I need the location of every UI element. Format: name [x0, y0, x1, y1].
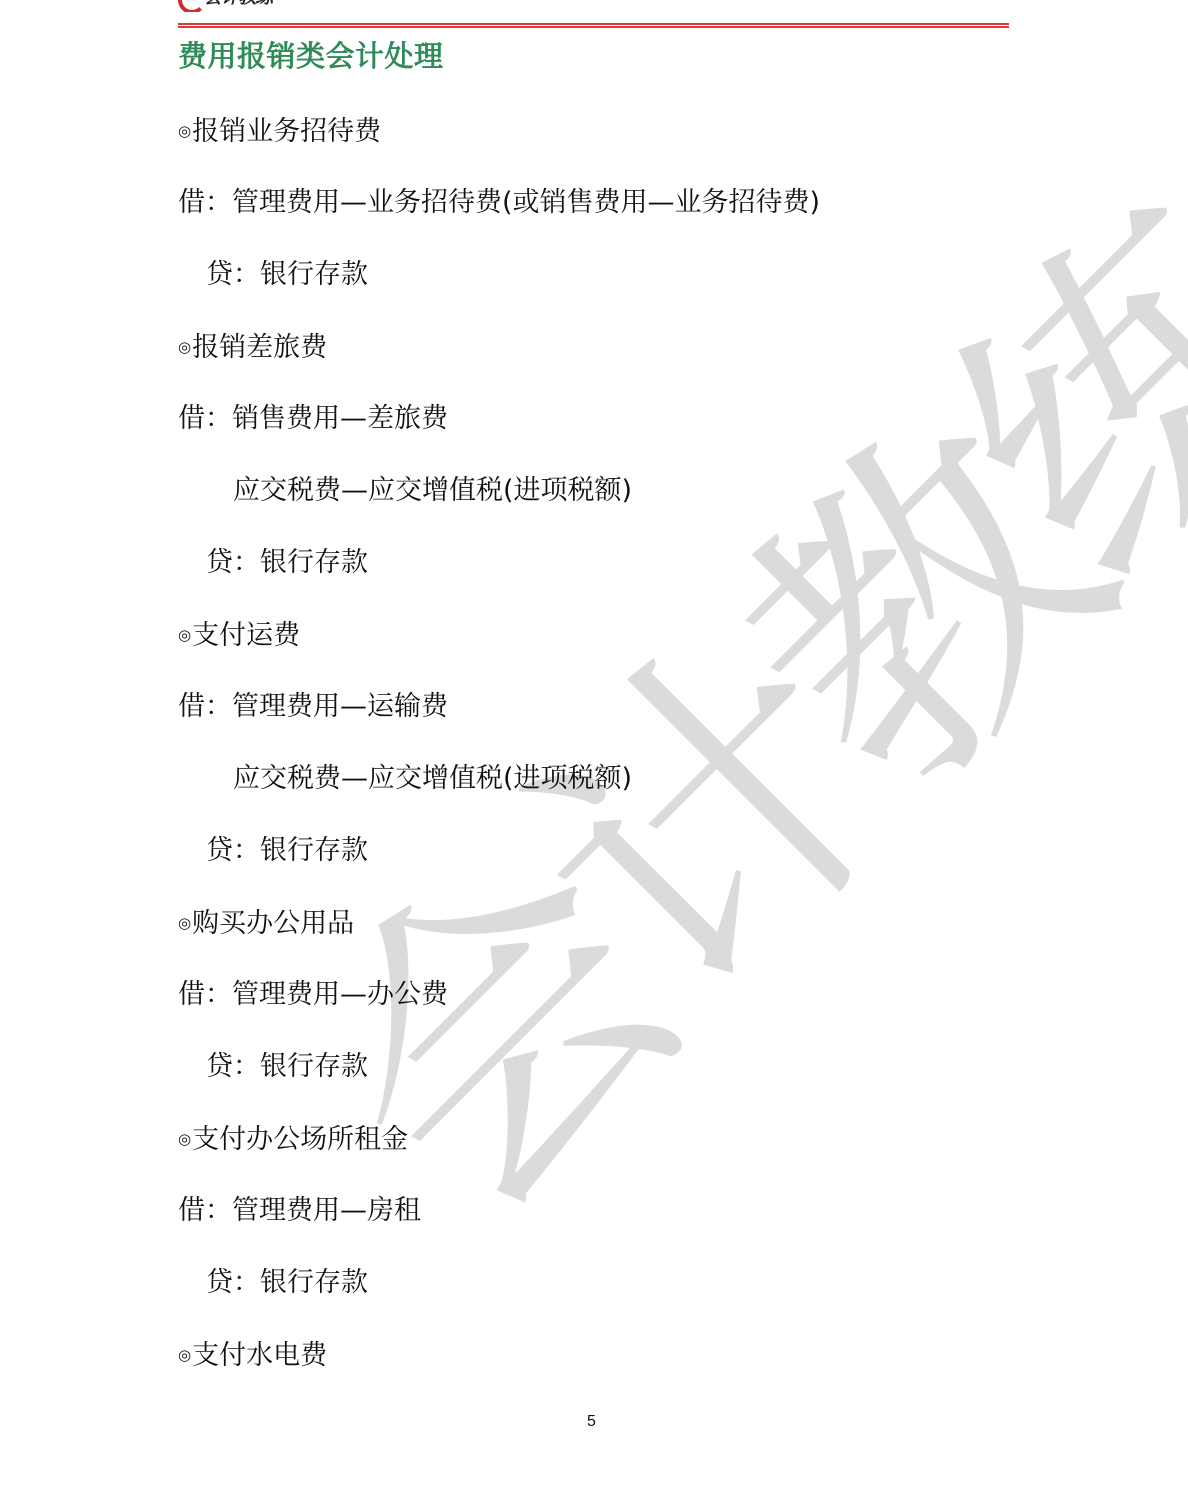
logo-arc-icon	[178, 0, 206, 12]
section-heading: ◎支付运费	[178, 617, 300, 654]
journal-entry-debit: 借：管理费用—运输费	[178, 689, 448, 725]
section-heading: ◎报销业务招待费	[178, 113, 381, 150]
section-heading: ◎购买办公用品	[178, 905, 354, 942]
journal-entry-credit: 贷：银行存款	[206, 1049, 368, 1085]
brand-logo: 会计教练	[178, 0, 298, 12]
journal-entry-debit: 借：管理费用—房租	[178, 1193, 421, 1229]
journal-entry-credit: 贷：银行存款	[206, 257, 368, 293]
journal-entry-debit-continued: 应交税费—应交增值税(进项税额)	[233, 761, 632, 797]
page-title: 费用报销类会计处理	[178, 37, 444, 75]
journal-entry-debit: 借：管理费用—办公费	[178, 977, 448, 1013]
journal-entry-credit: 贷：银行存款	[206, 1265, 368, 1301]
bullet-icon: ◎	[178, 1130, 191, 1148]
page-number: 5	[587, 1413, 596, 1431]
bullet-icon: ◎	[178, 626, 191, 644]
bullet-icon: ◎	[178, 914, 191, 932]
journal-entry-debit: 借：管理费用—业务招待费(或销售费用—业务招待费)	[178, 185, 820, 221]
section-heading: ◎报销差旅费	[178, 329, 327, 366]
bullet-icon: ◎	[178, 122, 191, 140]
journal-entry-credit: 贷：银行存款	[206, 545, 368, 581]
section-heading: ◎支付水电费	[178, 1337, 327, 1374]
logo-text: 会计教练	[204, 0, 272, 8]
header-double-rule	[178, 23, 1009, 28]
bullet-icon: ◎	[178, 1346, 191, 1364]
journal-entry-credit: 贷：银行存款	[206, 833, 368, 869]
journal-entry-debit: 借：销售费用—差旅费	[178, 401, 448, 437]
section-heading: ◎支付办公场所租金	[178, 1121, 408, 1158]
journal-entry-debit-continued: 应交税费—应交增值税(进项税额)	[233, 473, 632, 509]
bullet-icon: ◎	[178, 338, 191, 356]
document-page: 会计教练 费用报销类会计处理 ◎报销业务招待费 借：管理费用—业务招待费(或销售…	[0, 0, 1188, 1485]
